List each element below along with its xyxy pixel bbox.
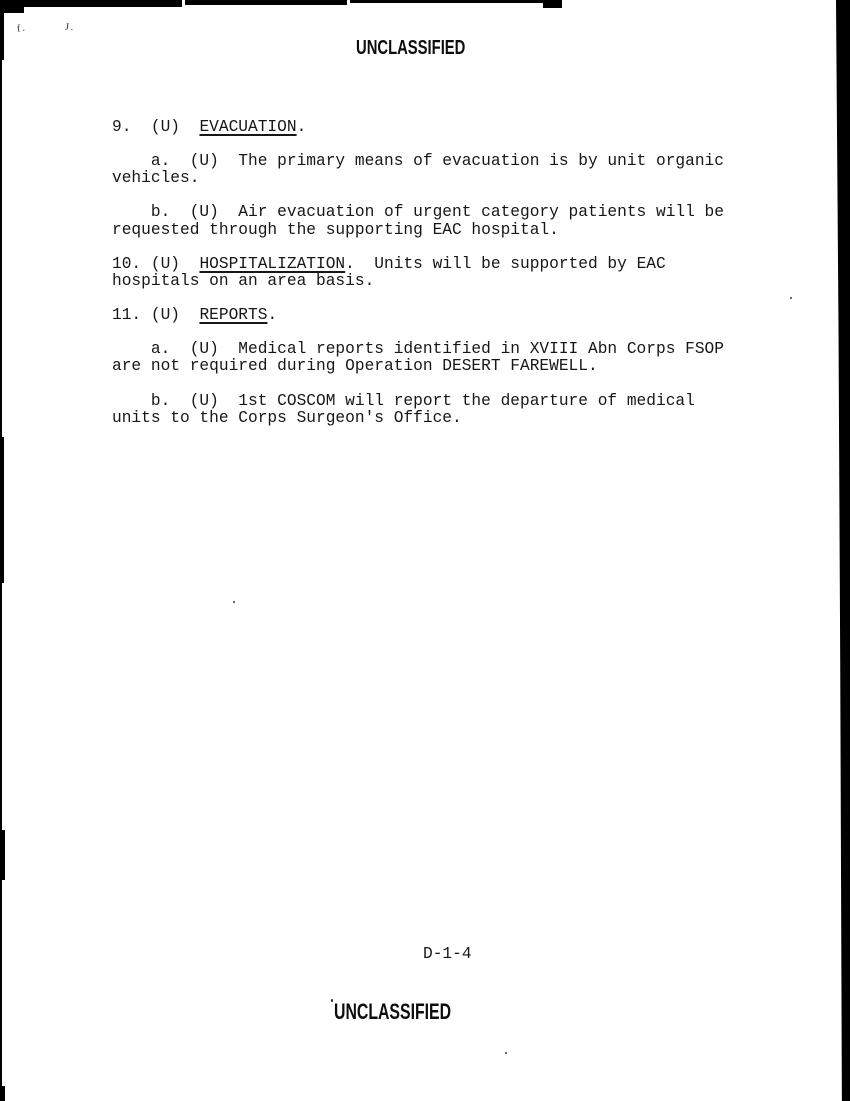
scan-edge-left xyxy=(0,60,2,437)
paragraph-text: b. (U) 1st COSCOM will report the depart… xyxy=(112,392,695,427)
paragraph-text: 10. (U) xyxy=(112,255,199,273)
scan-smudge: f. xyxy=(16,22,27,34)
paragraph-text: a. (U) Medical reports identified in XVI… xyxy=(112,340,724,375)
scan-speck xyxy=(331,999,333,1002)
scan-edge-top xyxy=(350,0,562,3)
paragraph-text: . xyxy=(297,118,307,136)
scan-edge-left xyxy=(0,880,2,1101)
page-number: D-1-4 xyxy=(423,945,472,963)
paragraph-text: . xyxy=(267,306,277,324)
classification-header: UNCLASSIFIED xyxy=(356,37,465,60)
paragraph: 9. (U) EVACUATION. xyxy=(112,119,812,136)
paragraph: 11. (U) REPORTS. xyxy=(112,307,812,324)
paragraph-text: 9. (U) xyxy=(112,118,199,136)
scan-smudge: J. xyxy=(64,21,75,33)
document-page: f. J. UNCLASSIFIED 9. (U) EVACUATION. a.… xyxy=(0,0,850,1101)
classification-footer: UNCLASSIFIED xyxy=(334,999,451,1025)
scan-edge-top xyxy=(185,0,347,5)
paragraph-text: 11. (U) xyxy=(112,306,199,324)
paragraph: 10. (U) HOSPITALIZATION. Units will be s… xyxy=(112,256,812,290)
paragraph: a. (U) The primary means of evacuation i… xyxy=(112,153,812,187)
scan-edge-left xyxy=(0,830,5,880)
paragraph: b. (U) 1st COSCOM will report the depart… xyxy=(112,393,812,427)
scan-edge-right xyxy=(836,0,850,1101)
paragraph: a. (U) Medical reports identified in XVI… xyxy=(112,341,812,375)
paragraph-text: b. (U) Air evacuation of urgent category… xyxy=(112,203,724,238)
scan-edge-left xyxy=(0,437,4,583)
underlined-term: HOSPITALIZATION xyxy=(199,255,345,273)
paragraph: b. (U) Air evacuation of urgent category… xyxy=(112,204,812,238)
scan-speck xyxy=(505,1052,507,1054)
scan-speck xyxy=(233,601,235,603)
scan-edge-top xyxy=(543,0,562,8)
scan-edge-left xyxy=(0,583,2,830)
underlined-term: REPORTS xyxy=(199,306,267,324)
scan-edge-left xyxy=(0,0,4,60)
paragraph-text: a. (U) The primary means of evacuation i… xyxy=(112,152,724,187)
underlined-term: EVACUATION xyxy=(199,118,296,136)
scan-corner-bottom-left xyxy=(0,1086,5,1101)
document-body: 9. (U) EVACUATION. a. (U) The primary me… xyxy=(112,119,812,427)
scan-edge-top xyxy=(0,0,182,7)
